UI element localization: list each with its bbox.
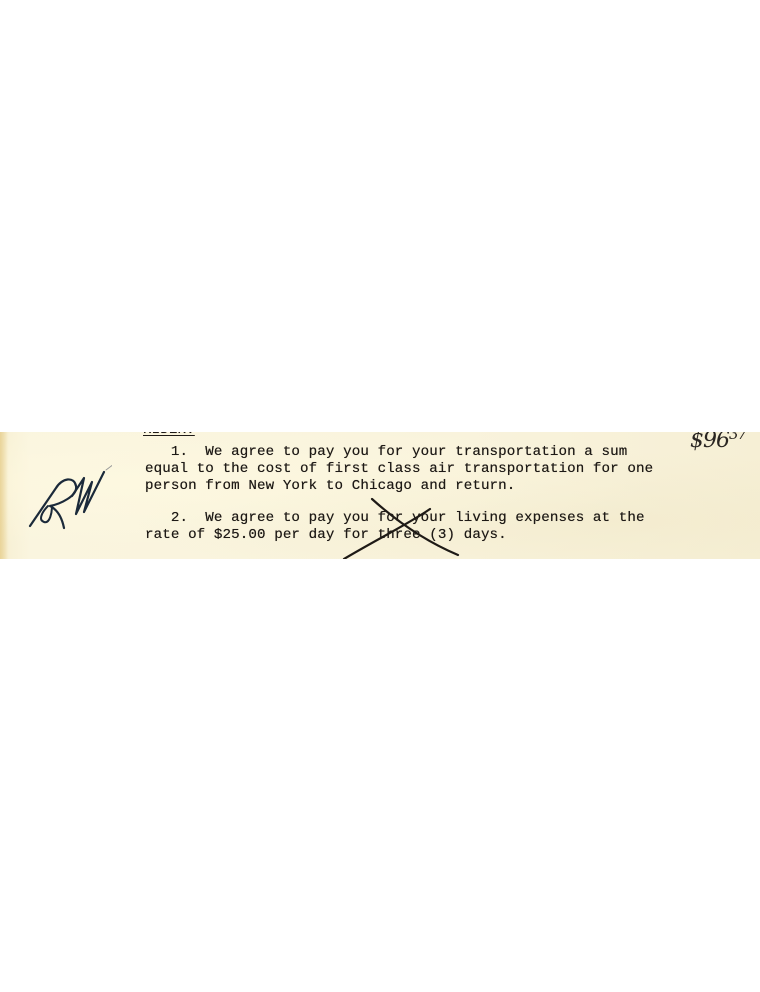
handwritten-cross-out-mark (330, 497, 470, 559)
document-paper-strip: RIDER: 1. We agree to pay you for your t… (0, 432, 760, 559)
handwritten-initials-signature (22, 462, 112, 542)
handwritten-cents: 37 (729, 432, 746, 443)
clause-1-line-2: equal to the cost of first class air tra… (145, 461, 653, 478)
clause-1-line-3: person from New York to Chicago and retu… (145, 478, 515, 495)
handwritten-dollars: $96 (690, 432, 729, 453)
handwritten-amount: $9637 (690, 432, 746, 453)
paper-left-edge (0, 432, 8, 559)
clause-1-line-1: 1. We agree to pay you for your transpor… (145, 444, 627, 461)
rider-header: RIDER: (143, 432, 195, 439)
